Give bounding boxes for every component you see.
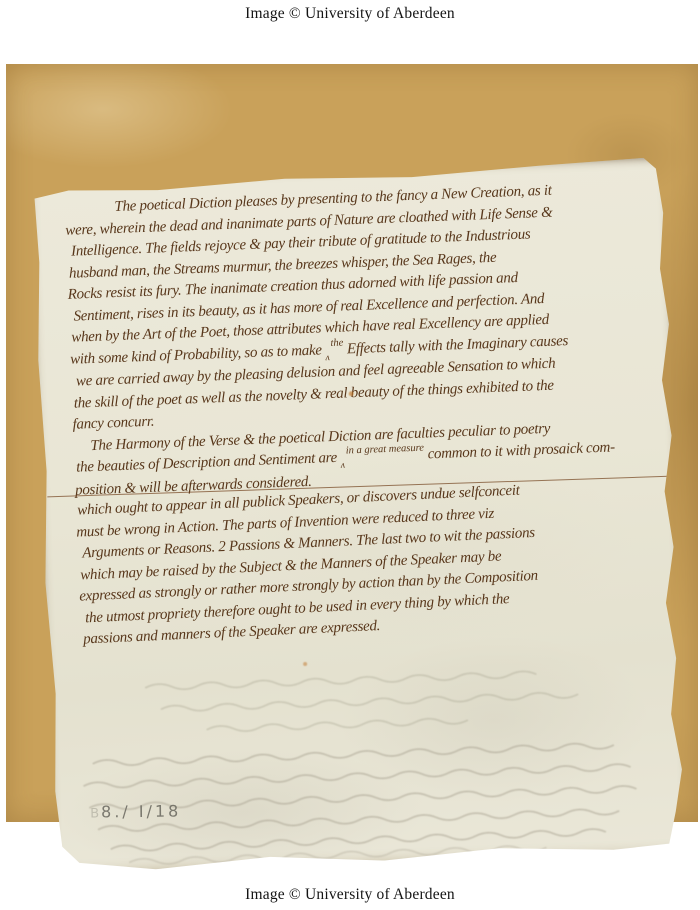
manuscript-paragraph: which ought to appear in all publick Spe… (77, 474, 663, 651)
show-through-writing (75, 657, 681, 870)
manuscript-text: The poetical Diction pleases by presenti… (66, 177, 663, 651)
scanned-document-page: Image © University of Aberdeen (0, 0, 700, 910)
insertion-caret: ʌ (325, 352, 330, 363)
mount-board: The poetical Diction pleases by presenti… (6, 64, 698, 822)
copyright-caption-bottom: Image © University of Aberdeen (0, 886, 700, 904)
insertion-caret: ʌ (341, 460, 346, 471)
ink-stain (303, 662, 307, 666)
interlinear-insertion: in a great measure (346, 443, 425, 457)
pencil-shelfmark: B8./ I/18 (90, 802, 181, 822)
copyright-caption-top: Image © University of Aberdeen (0, 5, 700, 23)
line-text: common to it with prosaick com- (427, 439, 615, 462)
shelfmark-faint-mark: B (90, 806, 99, 821)
manuscript-page: The poetical Diction pleases by presenti… (30, 157, 690, 875)
interlinear-insertion: the (330, 337, 343, 348)
shelfmark-number: 8./ I/18 (101, 802, 181, 822)
